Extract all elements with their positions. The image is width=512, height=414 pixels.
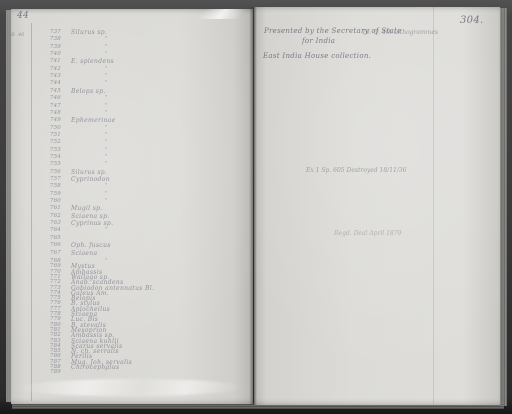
destroyed-note: Ex 1 Sp. 605 Destroyed 18/11/36 <box>306 167 407 174</box>
book-gutter-shadow <box>249 7 257 405</box>
register-row: 764" <box>11 227 241 234</box>
species-entry: Silurus sp. <box>71 29 107 36</box>
species-entry: E. splendens <box>71 58 114 65</box>
register-row: 756Silurus sp. <box>11 169 241 176</box>
left-folio-number: 44 <box>17 11 29 21</box>
specimen-number: 739 <box>41 44 61 50</box>
page-curl-highlight <box>192 9 257 19</box>
specimen-number: 757 <box>41 176 61 182</box>
register-row: 743" <box>11 73 241 80</box>
register-scan-photo: 44 B 46 737Silurus sp.738"739"740"741E. … <box>0 0 512 414</box>
ditto-mark: " <box>105 80 108 86</box>
register-row: 746" <box>11 95 241 102</box>
register-row: 740" <box>11 51 241 58</box>
specimen-number: 760 <box>41 198 61 204</box>
specimen-number: 763 <box>41 220 61 226</box>
specimen-number: 756 <box>41 169 61 175</box>
lithogram-side-note: 16. Q. 4th Lithogrammes <box>362 29 438 36</box>
register-row: 741E. splendens <box>11 58 241 65</box>
specimen-number: 745 <box>41 88 61 94</box>
register-row: 748" <box>11 110 241 117</box>
species-entry: Sciaena <box>71 250 97 257</box>
specimen-number: 751 <box>41 132 61 138</box>
ditto-mark: " <box>105 147 108 153</box>
species-entry: Silurus sp. <box>71 169 107 176</box>
ditto-mark: " <box>105 36 108 42</box>
right-column-rule <box>433 7 434 405</box>
specimen-number: 759 <box>41 191 61 197</box>
register-row: 752" <box>11 139 241 146</box>
register-row: 789" <box>11 369 241 376</box>
specimen-number: 744 <box>41 80 61 86</box>
specimen-number: 752 <box>41 139 61 145</box>
specimen-number: 747 <box>41 103 61 109</box>
register-row: 751" <box>11 132 241 139</box>
register-row: 761Mugil sp. <box>11 205 241 212</box>
specimen-number: 766 <box>41 242 61 248</box>
specimen-number: 742 <box>41 66 61 72</box>
specimen-number: 749 <box>41 117 61 123</box>
ditto-mark: " <box>105 51 108 57</box>
register-row: 754" <box>11 154 241 161</box>
specimen-number: 740 <box>41 51 61 57</box>
ditto-mark: " <box>105 103 108 109</box>
species-entry: Oph. fuscus <box>71 242 111 249</box>
species-entry: Belops sp. <box>71 88 106 95</box>
ditto-mark: " <box>105 161 108 167</box>
ditto-mark: " <box>105 198 108 204</box>
ditto-mark: " <box>105 125 108 131</box>
ditto-mark: " <box>105 369 108 375</box>
pencil-registration-note: Regd. Deal April 1879 <box>334 230 401 237</box>
specimen-number: 738 <box>41 36 61 42</box>
specimen-number: 761 <box>41 205 61 211</box>
left-page: 44 B 46 737Silurus sp.738"739"740"741E. … <box>11 9 253 404</box>
ditto-mark: " <box>105 139 108 145</box>
ditto-mark: " <box>105 183 108 189</box>
register-row: 738" <box>11 36 241 43</box>
ditto-mark: " <box>105 66 108 72</box>
register-row: 747" <box>11 103 241 110</box>
specimen-number: 789 <box>41 369 61 375</box>
register-row: 762Sciaena sp. <box>11 213 241 220</box>
register-row: 757Cyprinodon <box>11 176 241 183</box>
right-page: 304. Presented by the Secretary of State… <box>254 7 500 405</box>
register-row: 760" <box>11 198 241 205</box>
ditto-mark: " <box>105 95 108 101</box>
book-page-edges-right <box>500 8 507 406</box>
specimen-number: 762 <box>41 213 61 219</box>
register-row: 767Sciaena <box>11 250 241 257</box>
ditto-mark: " <box>105 191 108 197</box>
register-row: 742" <box>11 66 241 73</box>
register-row: 755" <box>11 161 241 168</box>
register-row: 737Silurus sp. <box>11 29 241 36</box>
register-row: 763Cyprinus sp. <box>11 220 241 227</box>
register-row: 745Belops sp. <box>11 88 241 95</box>
register-row: 744" <box>11 80 241 87</box>
specimen-number: 743 <box>41 73 61 79</box>
ditto-mark: " <box>105 132 108 138</box>
register-row: 765 <box>11 235 241 242</box>
register-row: 759" <box>11 191 241 198</box>
species-entry: Mugil sp. <box>71 205 103 212</box>
species-entry: Cyprinus sp. <box>71 220 113 227</box>
collection-note: East India House collection. <box>263 52 371 60</box>
species-entry: Ephemerinae <box>71 117 116 124</box>
register-row: 739" <box>11 44 241 51</box>
species-entry: Sciaena sp. <box>71 213 110 220</box>
ditto-mark: " <box>105 154 108 160</box>
ditto-mark: " <box>105 227 108 233</box>
specimen-number: 755 <box>41 161 61 167</box>
ditto-mark: " <box>105 73 108 79</box>
specimen-number: 753 <box>41 147 61 153</box>
specimen-number: 741 <box>41 58 61 64</box>
specimen-number: 737 <box>41 29 61 35</box>
register-row: 749Ephemerinae <box>11 117 241 124</box>
specimen-number: 764 <box>41 227 61 233</box>
right-folio-number: 304. <box>460 15 483 26</box>
register-row: 766Oph. fuscus <box>11 242 241 249</box>
ditto-mark: " <box>105 110 108 116</box>
ditto-mark: " <box>105 44 108 50</box>
register-row: 753" <box>11 147 241 154</box>
register-row: 758" <box>11 183 241 190</box>
specimen-number: 765 <box>41 235 61 241</box>
specimen-number: 748 <box>41 110 61 116</box>
specimen-number: 758 <box>41 183 61 189</box>
specimen-number: 754 <box>41 154 61 160</box>
species-entry: Cyprinodon <box>71 176 110 183</box>
presented-note-line2: for India <box>302 37 335 45</box>
register-row: 750" <box>11 125 241 132</box>
specimen-number: 767 <box>41 250 61 256</box>
specimen-number: 746 <box>41 95 61 101</box>
specimen-number: 750 <box>41 125 61 131</box>
